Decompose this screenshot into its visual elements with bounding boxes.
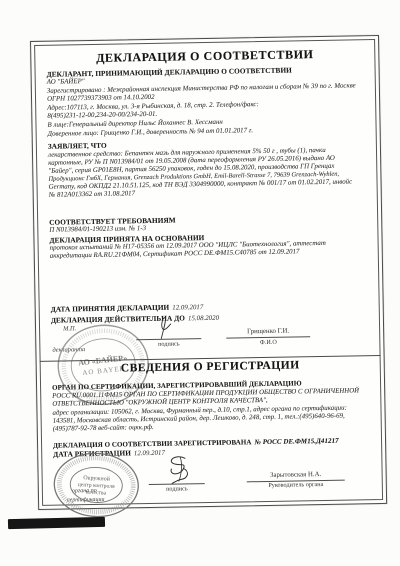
authority-stamp: Окружной центр контроля качества [51,450,141,520]
scanned-document-page: ДЕКЛАРАЦИЯ О СООТВЕТСТВИИ ДЕКЛАРАНТ, ПРИ… [0,0,400,566]
authority-stamp-text: центр контроля [78,482,115,490]
fio-label: Ф.И.О [226,338,310,346]
product-line: № 812A013362 от 31.08.2017 [49,190,135,200]
scan-artifact-bar [8,517,105,529]
valid-until-value: 15.08.2020 [188,315,219,323]
authority-stamp-text: качества [86,489,107,496]
authority-stamp-text: Окружной [83,474,111,482]
registration-number-value: № РОСС DE.ФМ15.Д41217 [254,437,338,446]
document-title: ДЕКЛАРАЦИЯ О СООТВЕТСТВИИ [31,46,378,67]
declarant-name: АО "БАЙЕР" [47,78,85,87]
head-title-label: Руководитель органа [247,481,345,490]
registered-line: Зарегистрировано : Межрайонная инспекция… [47,82,356,95]
document-frame: ДЕКЛАРАЦИЯ О СООТВЕТСТВИИ ДЕКЛАРАНТ, ПРИ… [30,35,387,510]
authority-signature [161,454,194,485]
signature-label: подпись [149,485,205,493]
declarant-signature [154,316,174,340]
signature-label: подпись [136,340,201,348]
signer-name: Грищенко Г.И. [226,327,310,335]
declares-heading: ЗАЯВЛЯЕТ, ЧТО [48,141,107,151]
declarant-heading: ДЕКЛАРАНТ, ПРИНИМАЮЩИЙ ДЕКЛАРАЦИЮ О СООТ… [47,65,292,78]
head-name: Зарытовская Н.А. [247,471,345,480]
